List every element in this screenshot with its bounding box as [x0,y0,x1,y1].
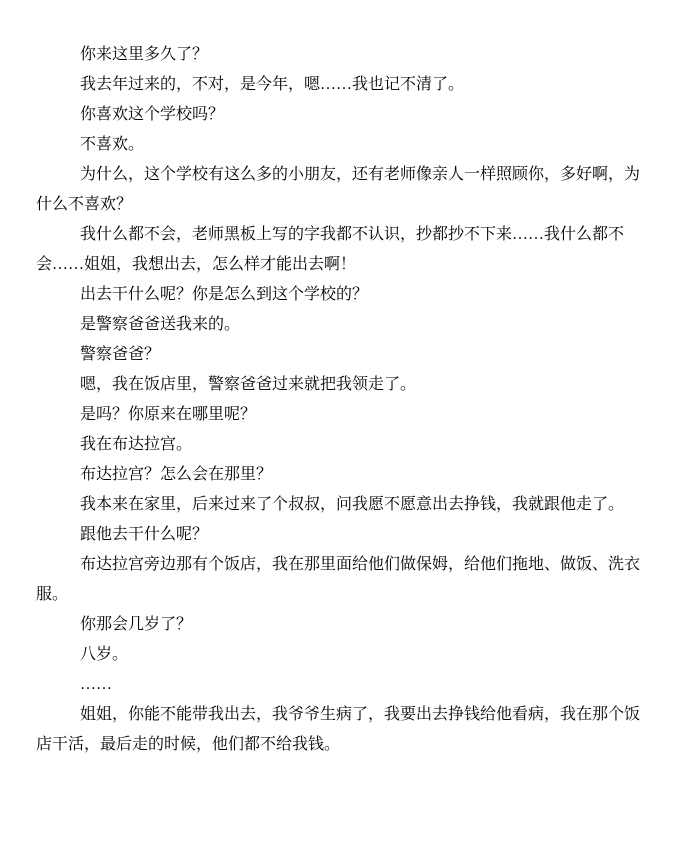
dialogue-paragraph: 你来这里多久了？ [36,40,646,70]
dialogue-paragraph: 嗯，我在饭店里，警察爸爸过来就把我领走了。 [36,370,646,400]
dialogue-paragraph: 为什么，这个学校有这么多的小朋友，还有老师像亲人一样照顾你，多好啊，为什么不喜欢… [36,160,646,220]
dialogue-paragraph: 你那会几岁了？ [36,610,646,640]
dialogue-paragraph: 姐姐，你能不能带我出去，我爷爷生病了，我要出去挣钱给他看病，我在那个饭店干活，最… [36,700,646,760]
dialogue-paragraph: 我本来在家里，后来过来了个叔叔，问我愿不愿意出去挣钱，我就跟他走了。 [36,490,646,520]
dialogue-paragraph: 是警察爸爸送我来的。 [36,310,646,340]
dialogue-paragraph: 布达拉宫？怎么会在那里？ [36,460,646,490]
dialogue-paragraph: 我去年过来的，不对，是今年，嗯……我也记不清了。 [36,70,646,100]
dialogue-paragraph: 不喜欢。 [36,130,646,160]
document-page: 你来这里多久了？我去年过来的，不对，是今年，嗯……我也记不清了。你喜欢这个学校吗… [0,0,682,861]
dialogue-paragraph: 跟他去干什么呢？ [36,520,646,550]
dialogue-paragraph: 布达拉宫旁边那有个饭店，我在那里面给他们做保姆，给他们拖地、做饭、洗衣服。 [36,550,646,610]
dialogue-paragraph: …… [36,670,646,700]
dialogue-paragraph: 你喜欢这个学校吗？ [36,100,646,130]
dialogue-paragraph: 警察爸爸？ [36,340,646,370]
document-body: 你来这里多久了？我去年过来的，不对，是今年，嗯……我也记不清了。你喜欢这个学校吗… [0,0,682,760]
dialogue-paragraph: 出去干什么呢？你是怎么到这个学校的？ [36,280,646,310]
dialogue-paragraph: 八岁。 [36,640,646,670]
dialogue-paragraph: 我什么都不会，老师黑板上写的字我都不认识，抄都抄不下来……我什么都不会……姐姐，… [36,220,646,280]
dialogue-paragraph: 我在布达拉宫。 [36,430,646,460]
dialogue-paragraph: 是吗？你原来在哪里呢？ [36,400,646,430]
